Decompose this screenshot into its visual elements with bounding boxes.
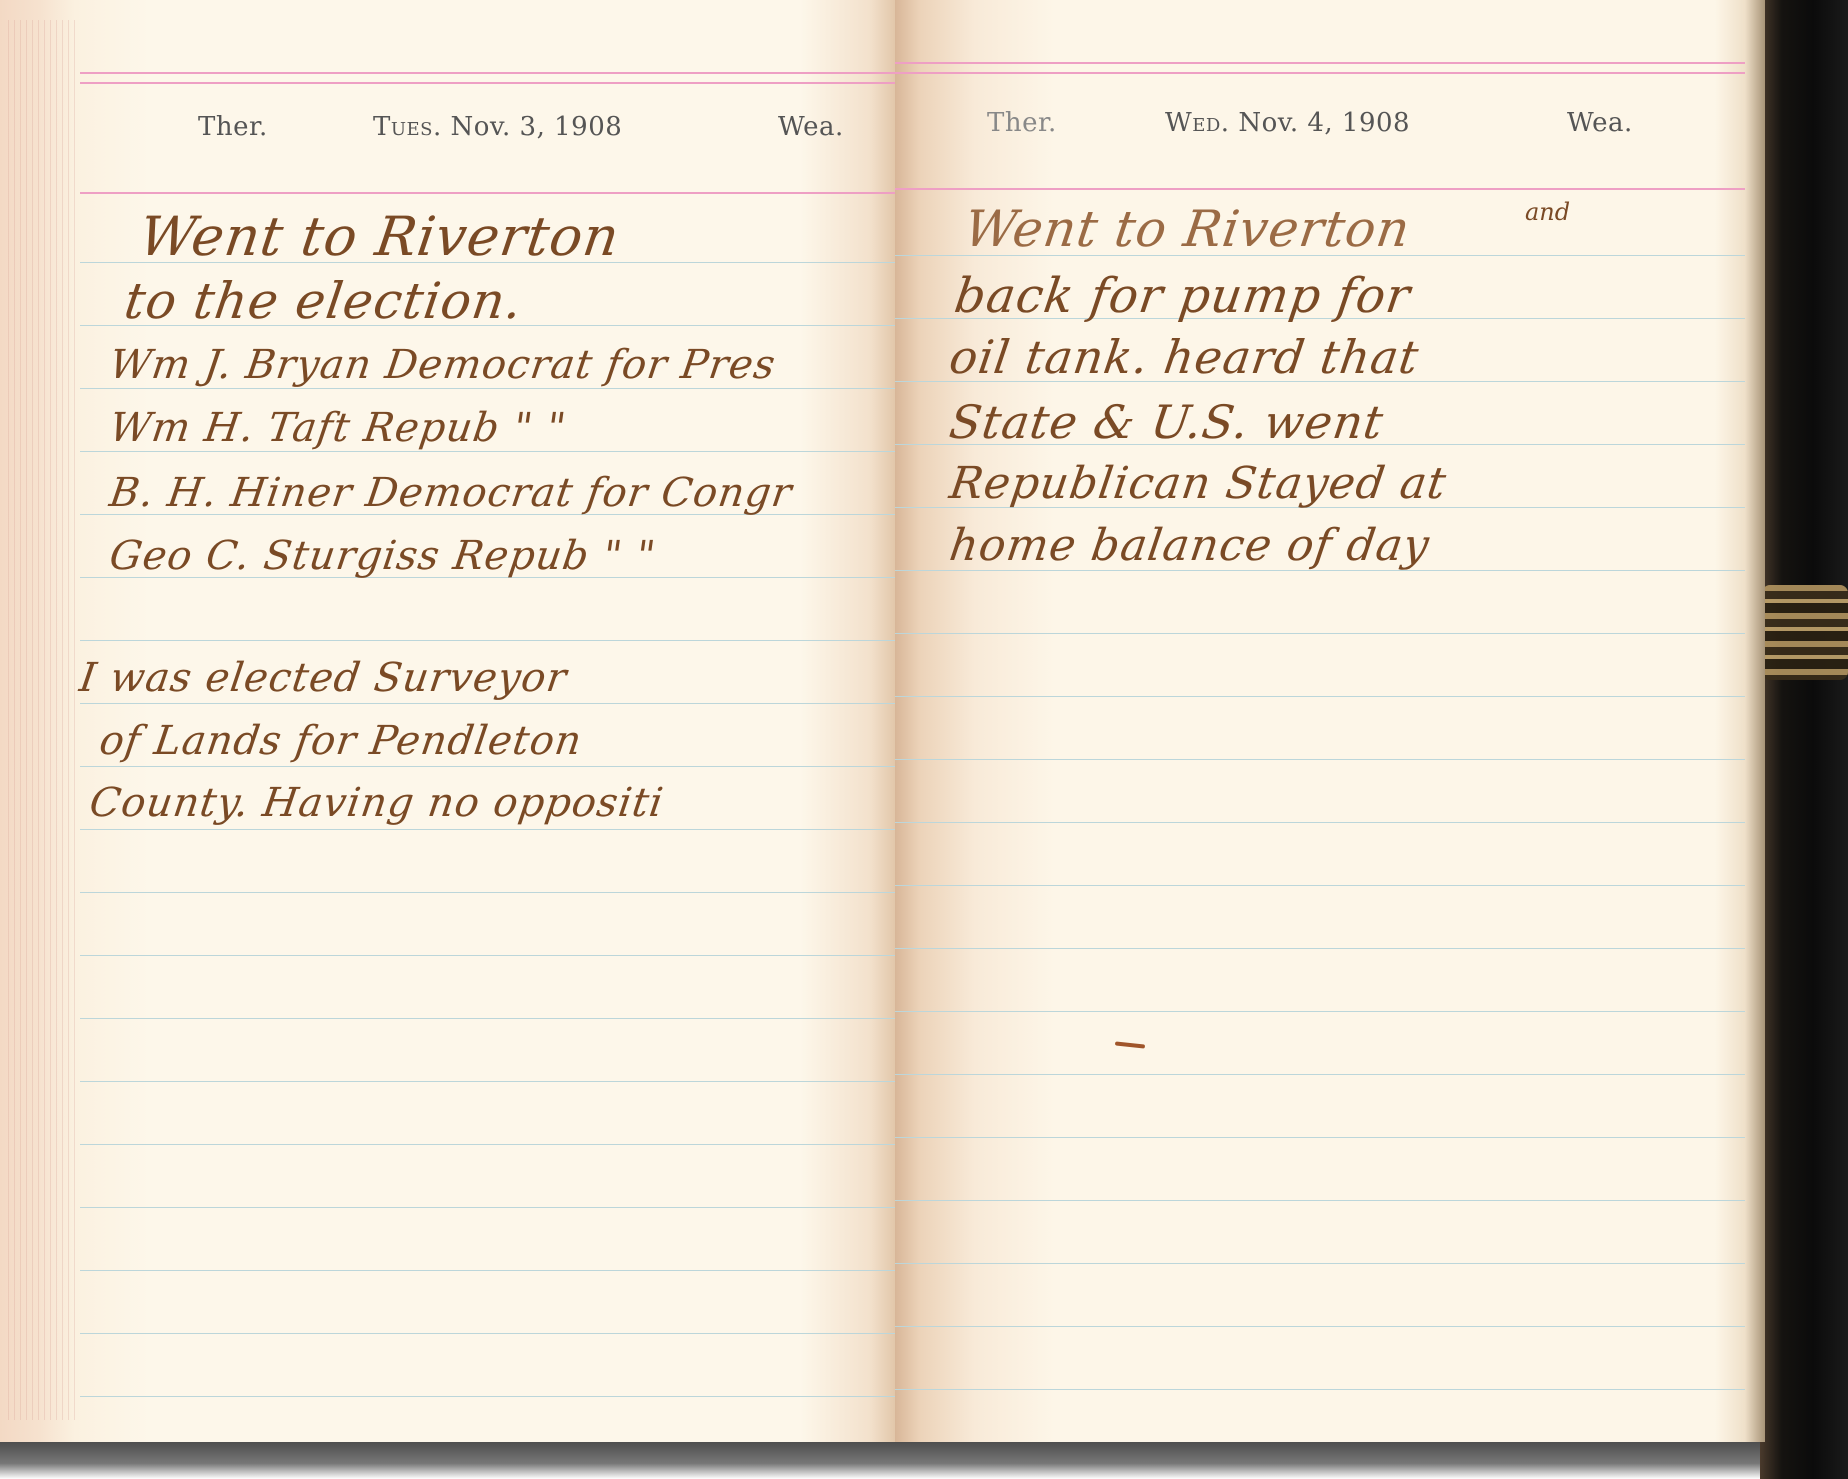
top-red-rule [895, 72, 1745, 74]
ruled-line [80, 766, 895, 767]
ruled-line [895, 696, 1745, 697]
ruled-line [895, 1200, 1745, 1201]
weather-label: Wea. [1567, 108, 1633, 138]
ruled-line [895, 1011, 1745, 1012]
weekday: Wed. [1165, 108, 1230, 138]
left-page: Ther. Tues. Nov. 3, 1908 Wea. Went to Ri… [0, 0, 895, 1442]
date-heading: Tues. Nov. 3, 1908 [373, 112, 622, 142]
entry-line: Wm J. Bryan Democrat for Pres [107, 342, 779, 388]
ruled-line [80, 703, 895, 704]
ruled-line [895, 1263, 1745, 1264]
ruled-line [80, 1270, 895, 1271]
right-page: Ther. Wed. Nov. 4, 1908 Wea. Went to Riv… [895, 0, 1765, 1442]
superscript-note: and [1525, 198, 1570, 226]
ruled-line [80, 829, 895, 830]
ruled-line [895, 822, 1745, 823]
entry-line: Wm H. Taft Repub " " [107, 405, 570, 451]
ruled-line [895, 1326, 1745, 1327]
entry-line: I was elected Surveyor [77, 655, 570, 701]
entry-line: Republican Stayed at [946, 458, 1449, 509]
table-surface [0, 1440, 1848, 1479]
date-heading: Wed. Nov. 4, 1908 [1165, 108, 1410, 138]
top-red-rule [895, 62, 1745, 64]
entry-line: State & U.S. went [946, 395, 1387, 449]
ruled-line [80, 1396, 895, 1397]
ruled-line [80, 1144, 895, 1145]
top-red-rule [80, 82, 895, 84]
ruled-line [80, 388, 895, 389]
thermometer-label: Ther. [198, 112, 268, 142]
ruled-line [895, 759, 1745, 760]
header-red-rule [80, 192, 895, 194]
book-cover-edge [1760, 0, 1848, 1479]
ruled-line [80, 892, 895, 893]
entry-line: to the election. [121, 272, 526, 330]
top-red-rule [80, 72, 895, 74]
ruled-line [80, 1018, 895, 1019]
ruled-line [80, 1333, 895, 1334]
entry-line: B. H. Hiner Democrat for Congr [107, 470, 795, 516]
entry-line: back for pump for [951, 268, 1414, 324]
brass-clasp-icon [1762, 585, 1848, 680]
entry-line: County. Having no oppositi [87, 780, 667, 826]
ruled-line [895, 1389, 1745, 1390]
ruled-line [895, 1137, 1745, 1138]
header-red-rule [895, 188, 1745, 190]
ruled-line [895, 633, 1745, 634]
ink-mark [1115, 1041, 1145, 1048]
ruled-line [895, 1074, 1745, 1075]
entry-line: Geo C. Sturgiss Repub " " [107, 533, 659, 579]
date: Nov. 3, 1908 [451, 112, 623, 142]
entry-line: Went to Riverton [961, 200, 1414, 258]
ruled-line [895, 948, 1745, 949]
entry-line: of Lands for Pendleton [97, 718, 585, 764]
ruled-line [80, 1207, 895, 1208]
entry-line: Went to Riverton [136, 205, 624, 268]
date: Nov. 4, 1908 [1238, 108, 1410, 138]
weather-label: Wea. [778, 112, 844, 142]
ruled-line [895, 885, 1745, 886]
weekday: Tues. [373, 112, 442, 142]
ruled-line [80, 640, 895, 641]
thermometer-label: Ther. [987, 108, 1057, 138]
entry-line: oil tank. heard that [946, 330, 1422, 384]
entry-line: home balance of day [946, 520, 1432, 571]
ruled-line [80, 1081, 895, 1082]
ruled-line [80, 451, 895, 452]
page-edges [8, 20, 78, 1420]
ruled-line [80, 955, 895, 956]
